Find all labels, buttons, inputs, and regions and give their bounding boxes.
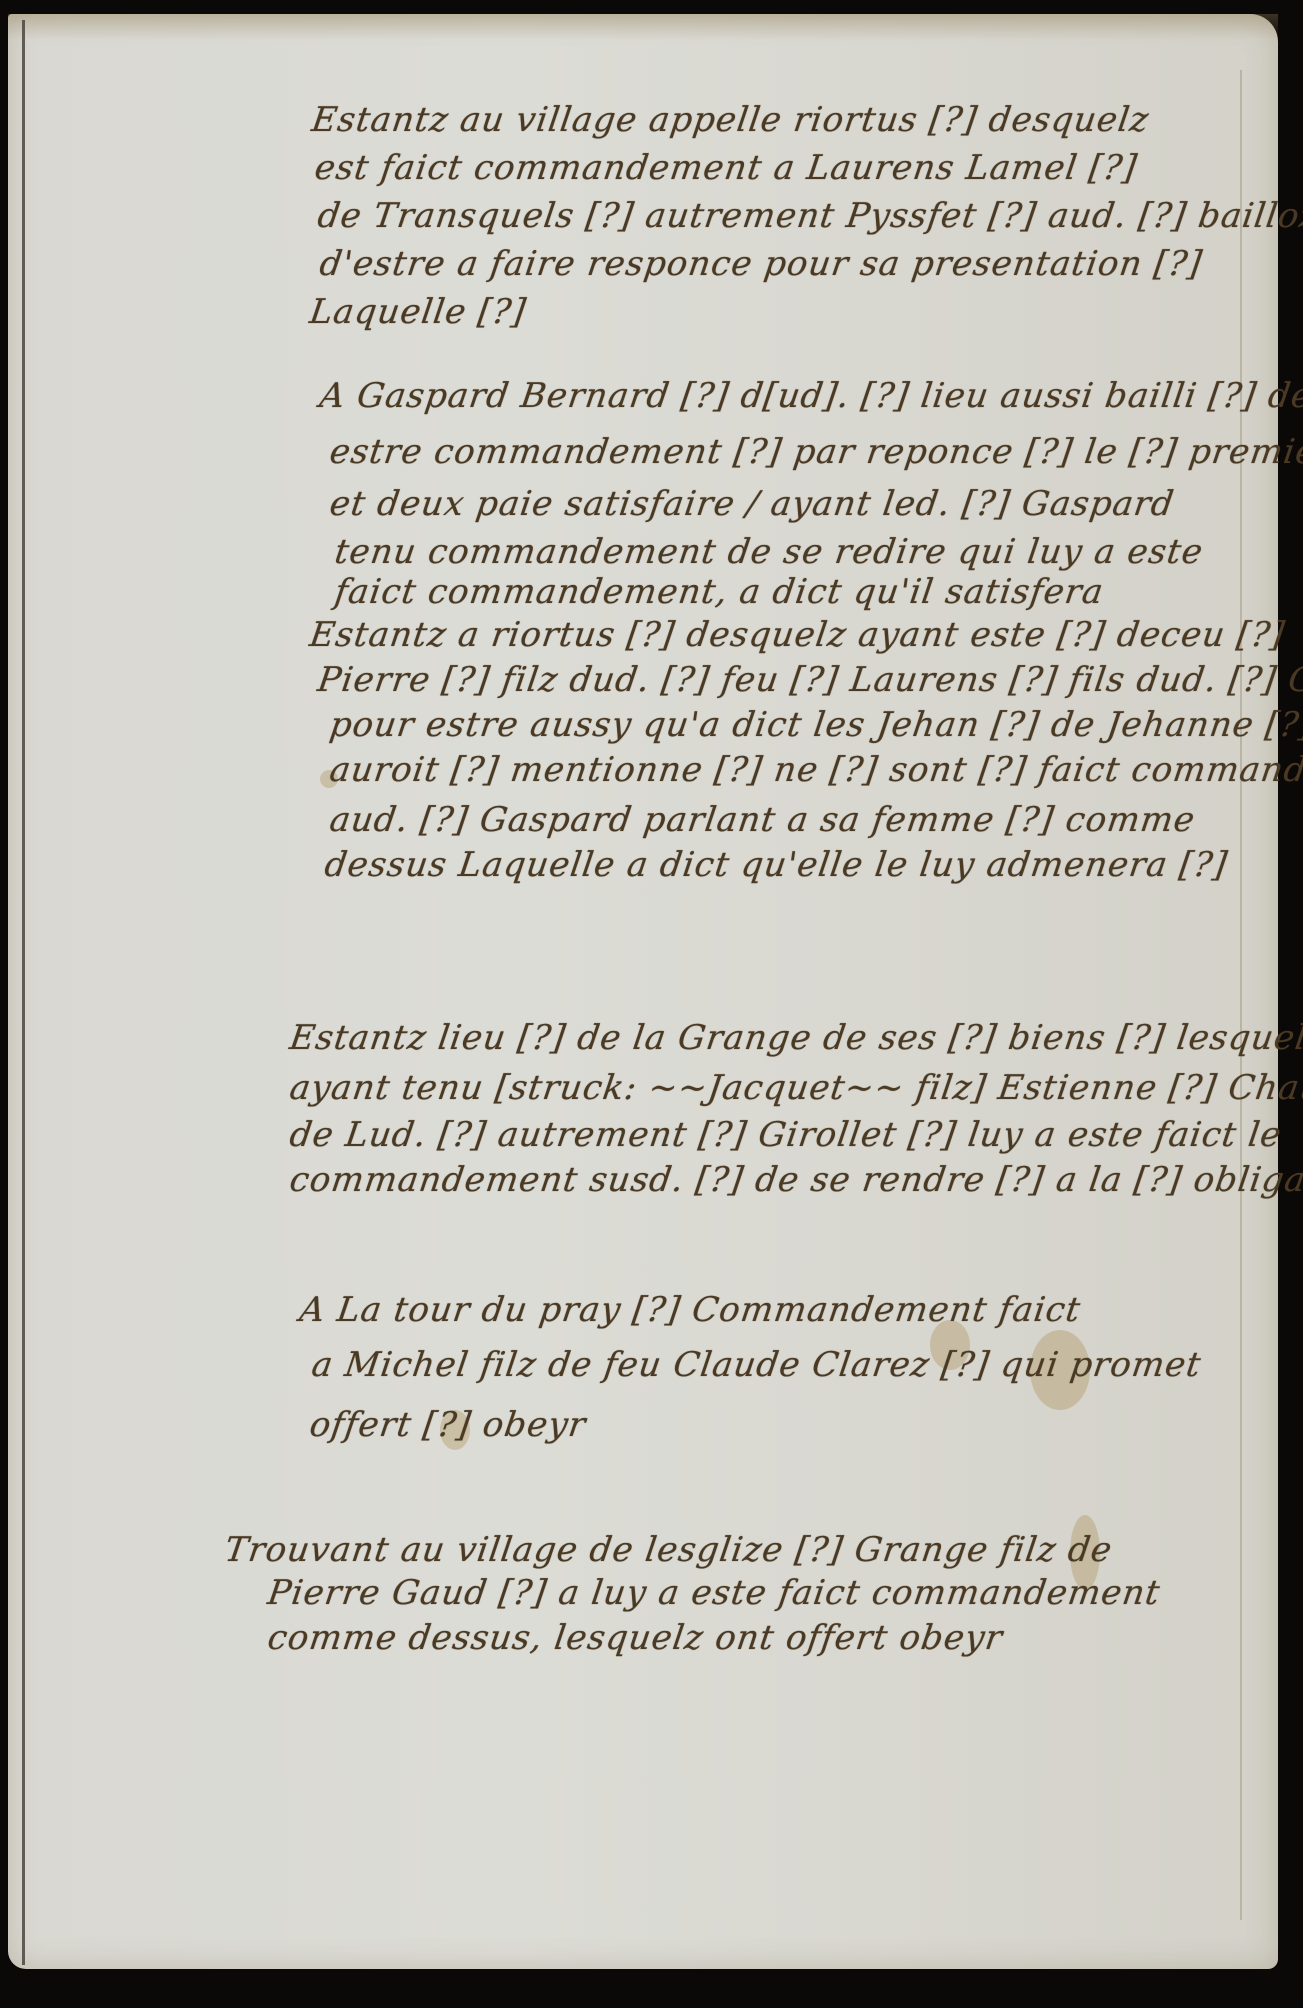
text-line: de Transquels [?] autrement Pyssfet [?] … xyxy=(315,196,1303,236)
text-line: tenu commandement de se redire qui luy a… xyxy=(332,532,1206,572)
text-line: Laquelle [?] xyxy=(307,292,529,332)
text-line: pour estre aussy qu'a dict les Jehan [?]… xyxy=(327,705,1303,745)
text-line: estre commandement [?] par reponce [?] l… xyxy=(327,432,1303,472)
text-line: Estantz lieu [?] de la Grange de ses [?]… xyxy=(287,1018,1303,1058)
text-line: faict commandement, a dict qu'il satisfe… xyxy=(332,572,1106,612)
text-line: A La tour du pray [?] Commandement faict xyxy=(297,1290,1083,1330)
manuscript-leaf xyxy=(8,14,1278,1969)
text-line: et deux paie satisfaire / ayant led. [?]… xyxy=(327,484,1177,524)
text-line: ayant tenu [struck: ~~Jacquet~~ filz] Es… xyxy=(287,1068,1303,1108)
text-line: de Lud. [?] autrement [?] Girollet [?] l… xyxy=(287,1115,1284,1155)
text-line: commandement susd. [?] de se rendre [?] … xyxy=(287,1160,1303,1200)
text-line: d'estre a faire responce pour sa present… xyxy=(317,244,1205,284)
text-line: a Michel filz de feu Claude Clarez [?] q… xyxy=(309,1345,1204,1385)
text-line: dessus Laquelle a dict qu'elle le luy ad… xyxy=(322,845,1230,885)
text-line: offert [?] obeyr xyxy=(307,1405,588,1445)
text-line: aud. [?] Gaspard parlant a sa femme [?] … xyxy=(327,800,1198,840)
text-line: Pierre Gaud [?] a luy a este faict comma… xyxy=(265,1573,1163,1613)
text-line: Estantz a riortus [?] desquelz ayant est… xyxy=(307,615,1287,655)
text-line: Pierre [?] filz dud. [?] feu [?] Laurens… xyxy=(315,660,1303,700)
binding-edge xyxy=(22,20,25,1965)
text-line: Trouvant au village de lesglize [?] Gran… xyxy=(222,1530,1115,1570)
text-line: comme dessus, lesquelz ont offert obeyr xyxy=(265,1618,1005,1658)
text-line: A Gaspard Bernard [?] d[ud]. [?] lieu au… xyxy=(317,376,1303,416)
text-line: Estantz au village appelle riortus [?] d… xyxy=(309,100,1152,140)
page-fold-line xyxy=(1240,70,1242,1920)
text-line: auroit [?] mentionne [?] ne [?] sont [?]… xyxy=(327,750,1303,790)
text-line: est faict commandement a Laurens Lamel [… xyxy=(312,148,1140,188)
